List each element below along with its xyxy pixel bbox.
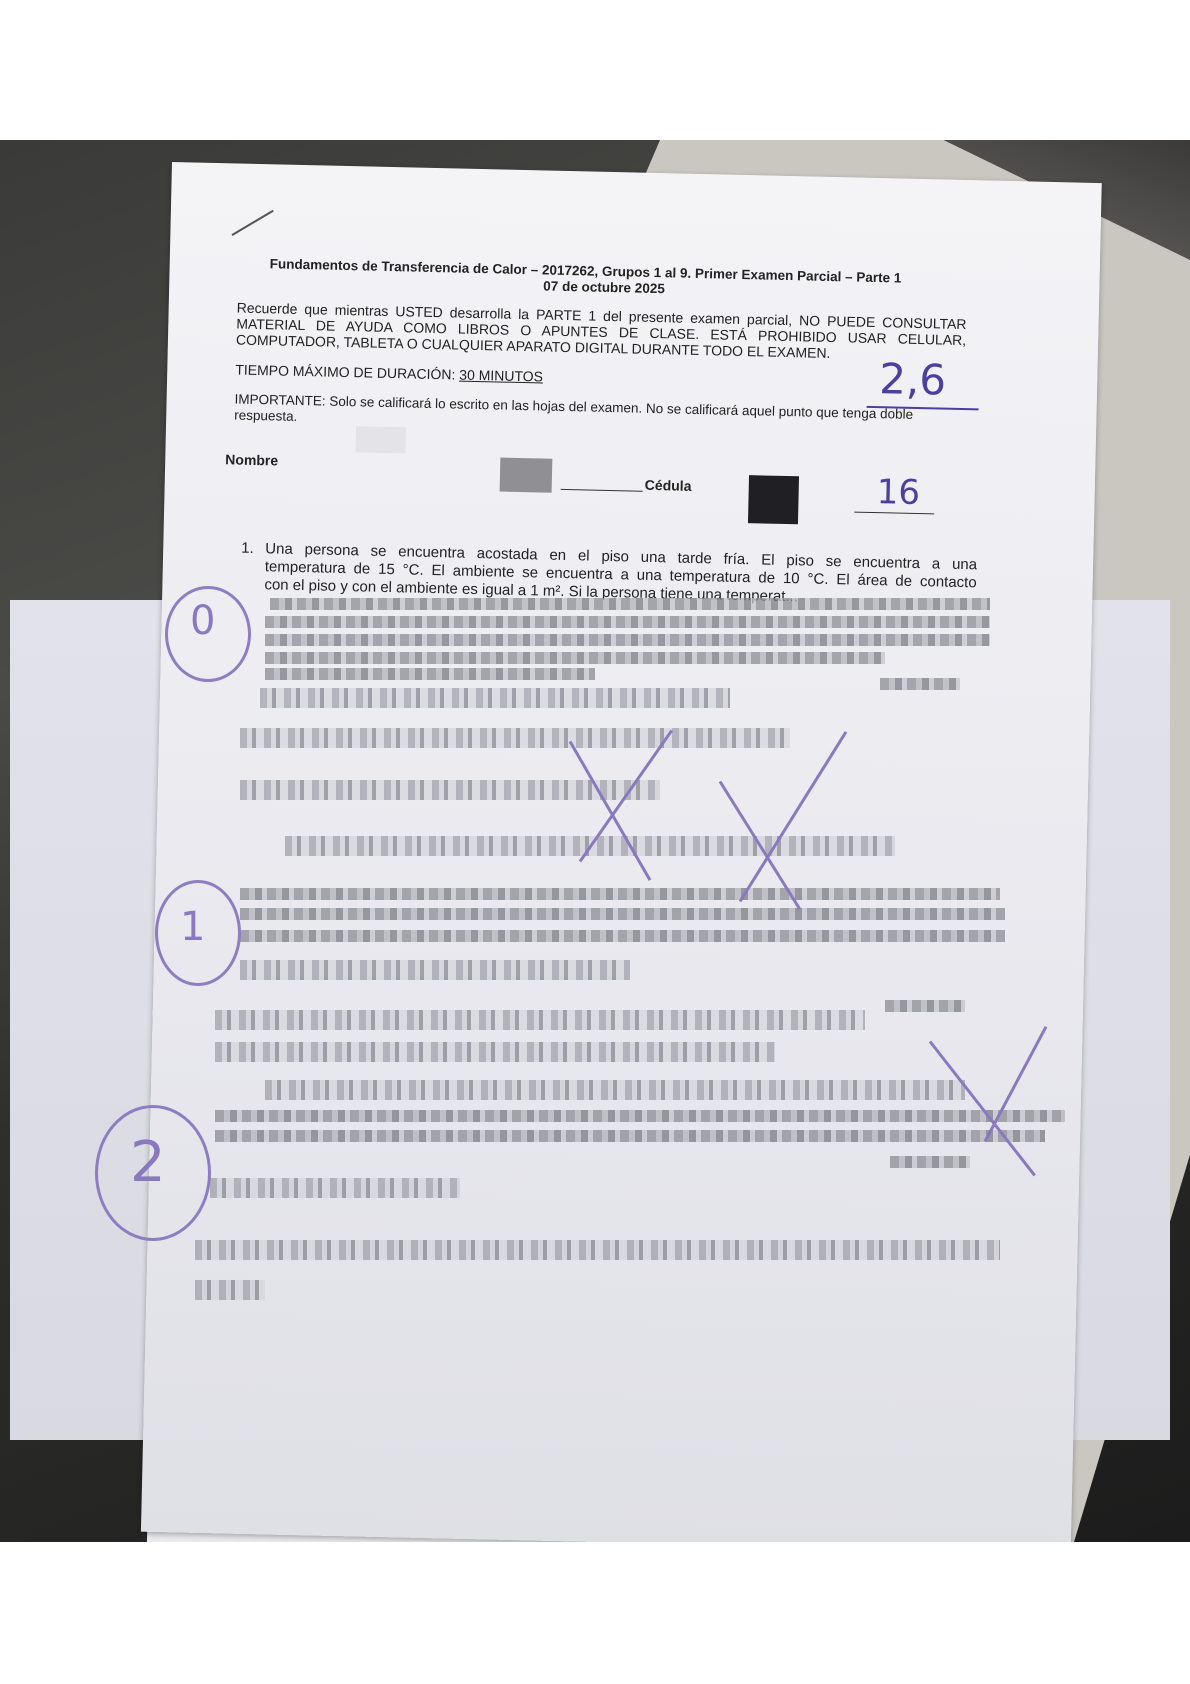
group-underline <box>854 512 934 515</box>
pen-tick-mark <box>231 210 273 236</box>
score-mark-q3: 2 <box>130 1130 166 1195</box>
photo-background: Fundamentos de Transferencia de Calor – … <box>0 140 1190 1542</box>
pixelated-handwriting <box>260 688 730 708</box>
important-line-1: IMPORTANTE: Solo se calificará lo escrit… <box>234 391 913 421</box>
grade-handwritten: 2,6 <box>879 354 947 405</box>
score-mark-q1: 0 <box>190 598 215 644</box>
pixelated-handwriting <box>195 1240 1000 1260</box>
pixelated-text <box>885 1000 965 1012</box>
pixelated-text <box>265 634 990 646</box>
redacted-id-block <box>748 475 799 524</box>
pixelated-text <box>240 930 1005 942</box>
pixelated-handwriting <box>215 1042 775 1062</box>
pixelated-text <box>215 1110 1065 1122</box>
time-limit: TIEMPO MÁXIMO DE DURACIÓN: 30 MINUTOS <box>235 361 543 384</box>
exam-date: 07 de octubre 2025 <box>543 278 665 296</box>
name-label: Nombre <box>225 451 278 468</box>
redacted-name-block-2 <box>500 458 553 493</box>
pixelated-text <box>265 616 990 628</box>
pixelated-text <box>880 678 960 690</box>
pixelated-text <box>890 1156 970 1168</box>
pixelated-text <box>270 598 990 610</box>
pixelated-handwriting <box>265 1080 965 1100</box>
score-mark-q2: 1 <box>180 904 205 950</box>
pixelated-text <box>240 908 1005 920</box>
id-label: Cédula <box>645 477 692 494</box>
pixelated-text <box>265 668 595 680</box>
time-value: 30 MINUTOS <box>459 367 543 385</box>
pixelated-handwriting <box>195 1280 265 1300</box>
group-number-handwritten: 16 <box>876 472 920 513</box>
pixelated-handwriting <box>215 1010 865 1030</box>
pixelated-text <box>265 652 885 664</box>
redacted-name-block-1 <box>355 426 406 453</box>
pixelated-text <box>240 888 1000 900</box>
pixelated-handwriting <box>240 728 790 748</box>
pixelated-handwriting <box>240 960 630 980</box>
important-line-2: respuesta. <box>234 407 297 423</box>
question-1-number: 1. <box>241 540 254 557</box>
name-underline <box>561 489 643 492</box>
time-label: TIEMPO MÁXIMO DE DURACIÓN: <box>235 361 455 382</box>
pixelated-text <box>215 1130 1045 1142</box>
pixelated-handwriting <box>210 1178 460 1198</box>
